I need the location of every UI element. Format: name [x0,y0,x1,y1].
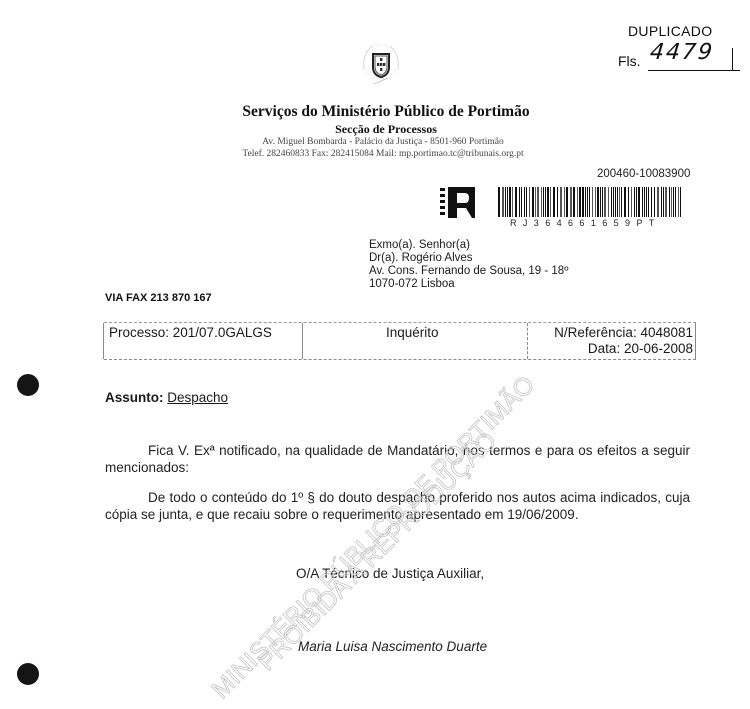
addressee-line-name: Dr(a). Rogério Alves [369,252,473,265]
registered-R-icon [440,187,476,218]
registered-mail-barcode [498,187,682,217]
via-fax-number: VIA FAX 213 870 167 [105,292,212,304]
box-border-left [103,323,104,359]
punch-hole [17,663,39,685]
portuguese-coat-of-arms-icon [360,40,402,90]
letterhead-address: Av. Miguel Bombarda - Palácio da Justiça… [0,137,750,147]
addressee-line-city: 1070-072 Lisboa [369,278,455,291]
letterhead-title: Serviços do Ministério Público de Portim… [0,103,750,121]
folio-number: 4479 [649,40,716,65]
addressee-line-street: Av. Cons. Fernando de Sousa, 19 - 18º [369,265,568,278]
process-type: Inquérito [386,325,439,340]
duplicate-stamp: DUPLICADO [628,23,712,39]
subject-label: Assunto: [105,390,164,405]
folio-label: Fls. [618,53,641,69]
letterhead-section: Secção de Processos [0,122,750,137]
box-divider-2 [527,323,528,359]
body-paragraph-1-text: Fica V. Exª notificado, na qualidade de … [105,443,690,475]
reference-number: N/Referência: 4048081 [554,325,693,340]
subject-value: Despacho [167,390,228,405]
punch-hole [17,374,39,396]
box-border-right [695,323,696,359]
signatory-name: Maria Luisa Nascimento Duarte [298,639,487,654]
document-date: Data: 20-06-2008 [588,341,693,356]
box-divider-1 [302,323,303,359]
subject-line: Assunto: Despacho [105,390,228,405]
body-paragraph-2: De todo o conteúdo do 1º § do douto desp… [105,489,690,523]
letterhead-contacts: Telef. 282460833 Fax: 282415084 Mail: mp… [0,149,750,159]
folio-underline-tail [732,48,733,70]
addressee-line-salutation: Exmo(a). Senhor(a) [369,239,470,252]
signatory-role: O/A Técnico de Justiça Auxiliar, [296,566,484,581]
folio-number-handwritten: 4479 [648,40,740,71]
process-number: Processo: 201/07.0GALGS [109,325,272,340]
document-number: 200460-10083900 [597,168,690,180]
barcode-text: RJ364661659PT [510,218,661,228]
body-paragraph-2-text: De todo o conteúdo do 1º § do douto desp… [105,490,690,522]
watermark-line-1: MINISTÉRIO PÚBLICO DE PORTIMÃO [206,370,540,704]
body-paragraph-1: Fica V. Exª notificado, na qualidade de … [105,442,690,476]
